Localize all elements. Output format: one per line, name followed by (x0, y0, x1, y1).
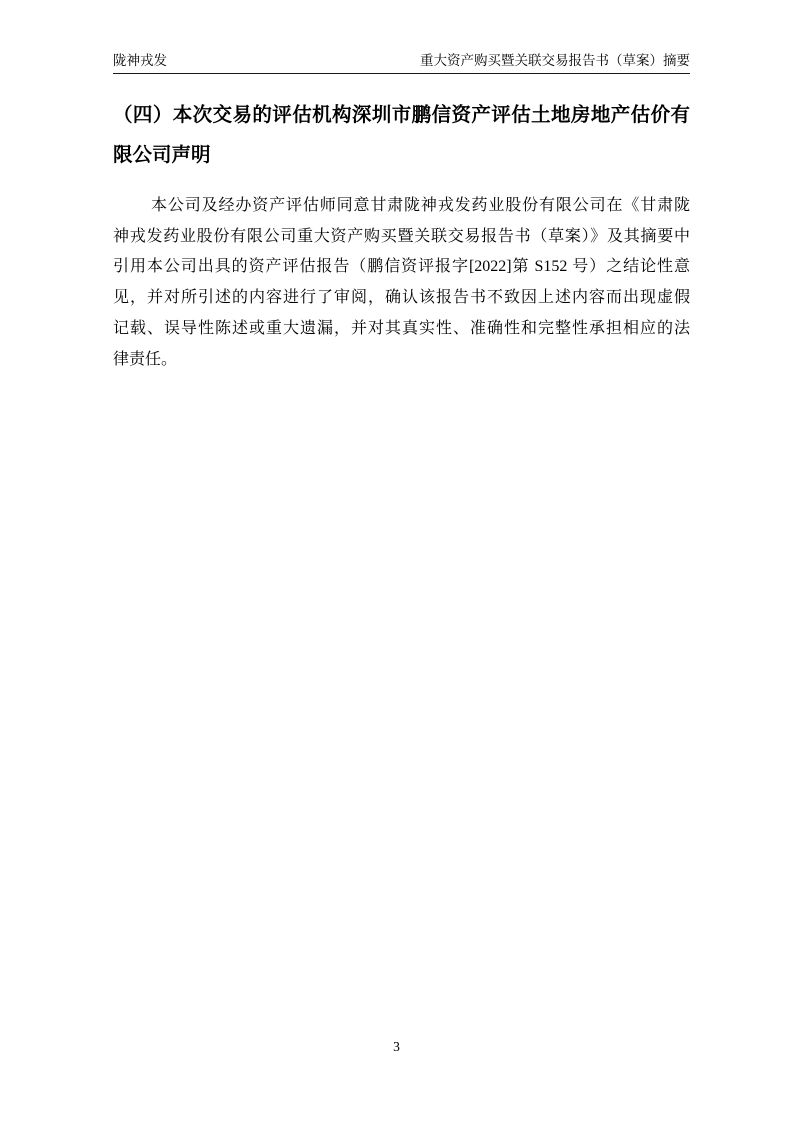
header-divider-rule (113, 73, 690, 74)
paragraph-line-1: 本公司及经办资产评估师同意甘肃陇神戎发药业股份有限公司在《甘肃陇 (113, 191, 690, 222)
paragraph-line-2: 神戎发药业股份有限公司重大资产购买暨关联交易报告书（草案）》及其摘要中 (113, 222, 690, 253)
header-company-name: 陇神戎发 (113, 52, 167, 70)
section-heading-line-2: 限公司声明 (113, 135, 690, 175)
paragraph-line-5: 记载、误导性陈述或重大遗漏，并对其真实性、准确性和完整性承担相应的法 (113, 314, 690, 345)
paragraph-line-6: 律责任。 (113, 345, 690, 376)
section-heading: （四）本次交易的评估机构深圳市鹏信资产评估土地房地产估价有 限公司声明 (113, 95, 690, 175)
statement-paragraph: 本公司及经办资产评估师同意甘肃陇神戎发药业股份有限公司在《甘肃陇 神戎发药业股份… (113, 191, 690, 375)
header-document-title: 重大资产购买暨关联交易报告书（草案）摘要 (420, 52, 690, 70)
paragraph-line-4: 见，并对所引述的内容进行了审阅，确认该报告书不致因上述内容而出现虚假 (113, 283, 690, 314)
page-number: 3 (0, 1038, 793, 1056)
section-heading-line-1: （四）本次交易的评估机构深圳市鹏信资产评估土地房地产估价有 (113, 95, 690, 135)
paragraph-line-3: 引用本公司出具的资产评估报告（鹏信资评报字[2022]第 S152 号）之结论性… (113, 252, 690, 283)
document-page: 陇神戎发 重大资产购买暨关联交易报告书（草案）摘要 （四）本次交易的评估机构深圳… (0, 0, 793, 1122)
page-header: 陇神戎发 重大资产购买暨关联交易报告书（草案）摘要 (113, 52, 690, 70)
